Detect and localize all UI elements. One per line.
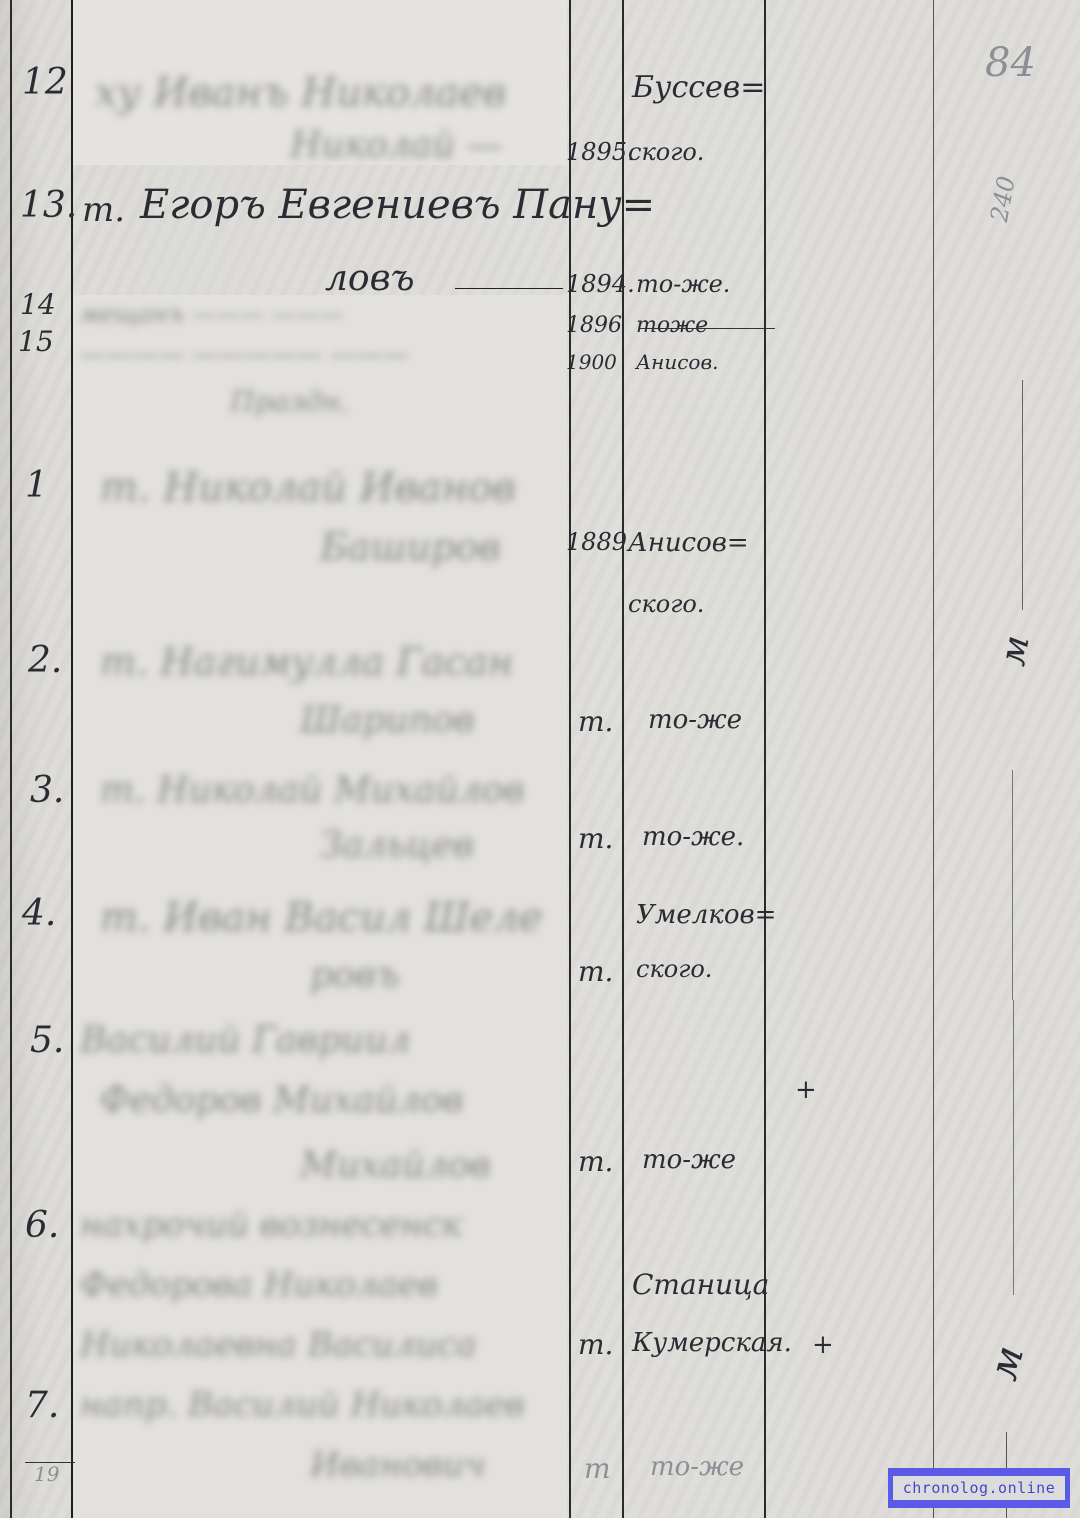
origin-cell: Анисов= [628, 528, 749, 558]
blurred-name: нахрочий вознесенск [80, 1205, 462, 1245]
year-cell: 1894. [566, 270, 635, 298]
origin-cell: Кумерская. [632, 1328, 792, 1358]
year-cell: т. [578, 1145, 613, 1178]
document-page: ху Иванъ Николаев Николай — мещанъ ——— —… [0, 0, 1080, 1518]
origin-cell: Станица [632, 1268, 769, 1301]
origin-cell: ского. [628, 590, 704, 618]
blurred-name: ———— ————— ——— [80, 340, 409, 370]
origin-cell: то-же. [642, 822, 744, 852]
page-number: 84 [985, 40, 1036, 86]
margin-mark: м [980, 1341, 1033, 1385]
death-cross-mark: + [812, 1330, 834, 1360]
blurred-name: Зальцев [320, 825, 474, 866]
blurred-name: Федоров Михайлов [100, 1080, 463, 1121]
margin-pencil-line [1013, 1000, 1014, 1295]
row-number: 14 [20, 288, 56, 321]
row-number: 15 [18, 325, 54, 358]
margin-pencil-line [1022, 380, 1023, 610]
blurred-name: Николаевна Василиса [80, 1325, 477, 1365]
origin-cell: то-же [642, 1145, 736, 1175]
origin-cell: Анисов. [636, 350, 718, 374]
origin-cell: ского. [628, 138, 704, 166]
row-number: 7. [25, 1385, 59, 1426]
blurred-name: Федорова Николаев [80, 1265, 438, 1305]
row-number: 13. [20, 185, 77, 226]
blurred-name: Николай — [290, 125, 503, 166]
blurred-name: т. Нагимулла Гасан [100, 640, 513, 684]
row-13-dash [455, 288, 563, 289]
blurred-name: т. Николай Иванов [100, 465, 516, 511]
blurred-name: т. Николай Михайлов [100, 770, 524, 811]
row-number: 4. [22, 893, 56, 934]
origin-cell: Умелков= [636, 900, 776, 930]
pencil-note: 240 [985, 174, 1021, 224]
row-13-name-line1: Егоръ Евгениевъ Пану= [140, 182, 655, 228]
blurred-name: напр. Василий Николаев [80, 1385, 525, 1425]
origin-cell: то-же [650, 1452, 744, 1482]
blurred-name: ровъ [310, 955, 400, 996]
year-cell: т. [578, 705, 613, 738]
blurred-name: Михайлов [300, 1145, 491, 1186]
left-border-line [10, 0, 12, 1518]
blurred-name: т. Иван Васил Шеле [100, 895, 542, 941]
year-cell: 1900 [566, 350, 617, 374]
row-number: 2. [28, 640, 62, 681]
origin-cell: Буссев= [632, 70, 765, 105]
blurred-heading: Праздн. [230, 385, 349, 418]
death-cross-mark: + [795, 1075, 817, 1105]
row-number: 3. [30, 770, 64, 811]
origin-cell: то-же. [636, 270, 730, 298]
year-cell: т. [578, 822, 613, 855]
year-cell: 1896 [566, 313, 622, 338]
margin-mark: м [992, 632, 1038, 669]
margin-pencil-line [1012, 770, 1013, 1000]
row-14-underline [640, 328, 775, 329]
blurred-name: Баширов [320, 525, 500, 569]
blurred-name: мещанъ ——— ——— [80, 300, 344, 328]
origin-cell: ского. [636, 955, 712, 983]
year-cell: т [584, 1452, 611, 1485]
blurred-name: ху Иванъ Николаев [95, 70, 506, 116]
year-cell: т. [578, 1328, 613, 1361]
notes-column-line [933, 0, 934, 1518]
row-number: 5. [30, 1020, 64, 1061]
row-number: 6. [25, 1205, 59, 1246]
origin-cell: тоже [636, 313, 708, 338]
year-cell: т. [578, 955, 613, 988]
blurred-name: Шарипов [300, 700, 475, 741]
row-13-prefix: т. [82, 190, 125, 230]
bottom-left-mark: 19 [34, 1462, 59, 1486]
year-cell: 1889 [566, 528, 627, 556]
row-number: 1 [25, 465, 48, 506]
origin-cell: то-же [648, 705, 742, 735]
watermark-badge: chronolog.online [888, 1468, 1070, 1508]
blurred-name: Василий Гавриил [80, 1020, 411, 1061]
year-cell: 1895. [566, 138, 635, 166]
blurred-name: Иванович [310, 1445, 485, 1485]
watermark-text: chronolog.online [893, 1476, 1066, 1500]
row-13-name-line2: ловъ [325, 258, 415, 299]
row-number: 12 [22, 62, 68, 103]
